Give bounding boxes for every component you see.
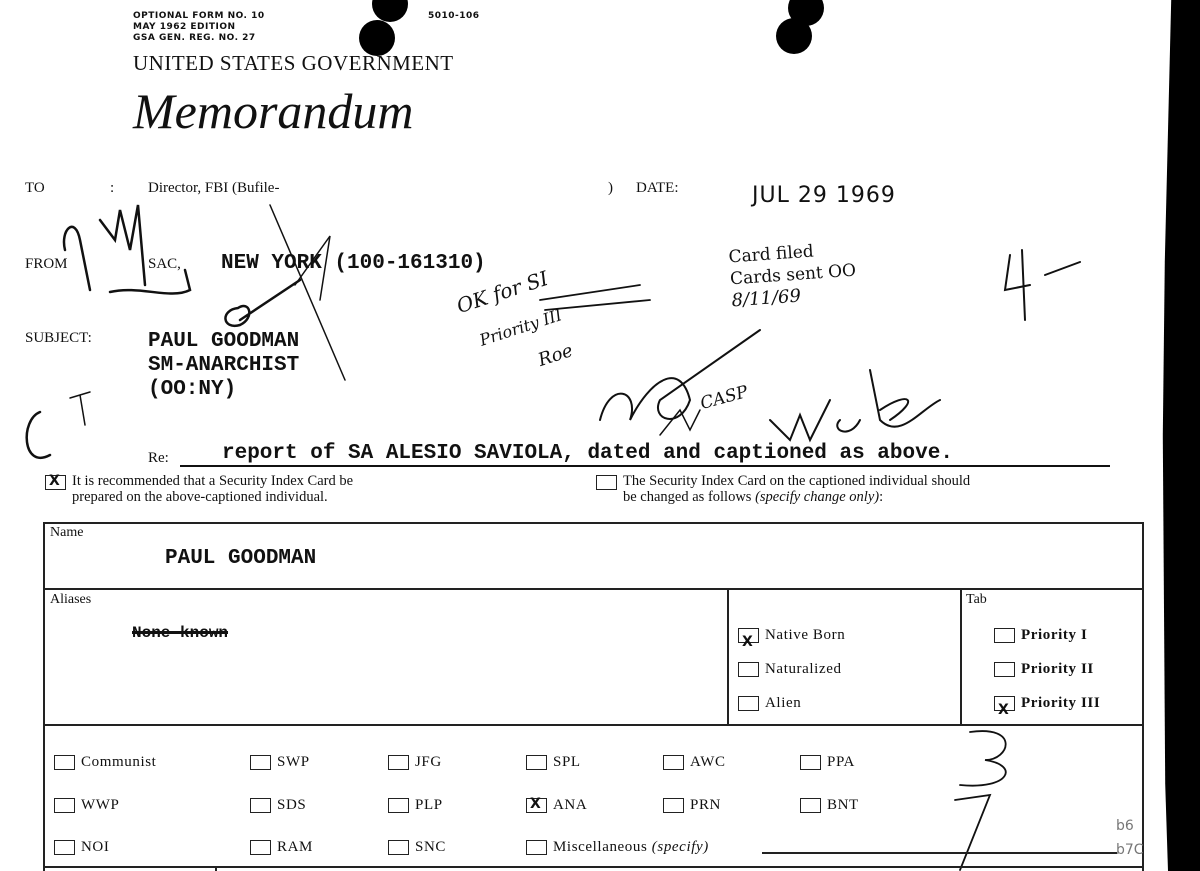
option-label: Priority II [1021,661,1094,677]
change-text-line: The Security Index Card on the captioned… [623,473,970,489]
change-checkbox[interactable] [596,475,617,490]
org-checkbox[interactable] [800,798,821,813]
table-divider-tab [960,588,962,725]
org-label: PLP [415,797,443,813]
org-jfg[interactable]: JFG [388,752,442,771]
priority-2-checkbox[interactable] [994,662,1015,677]
org-ram[interactable]: RAM [250,837,313,856]
org-checkbox[interactable] [526,840,547,855]
naturalized-checkbox[interactable] [738,662,759,677]
change-text-colon: : [879,489,883,505]
org-swp[interactable]: SWP [250,752,310,771]
org-checkbox[interactable] [250,840,271,855]
org-checkbox[interactable] [54,798,75,813]
org-awc[interactable]: AWC [663,752,726,771]
change-text-italic: (specify change only) [755,489,879,505]
misc-specify: (specify) [652,839,709,855]
option-label: Naturalized [765,661,842,677]
org-snc[interactable]: SNC [388,837,446,856]
org-label: PRN [690,797,721,813]
table-divider-name [43,588,1144,590]
org-checkbox[interactable] [54,840,75,855]
org-checkbox[interactable] [663,755,684,770]
name-value: PAUL GOODMAN [165,547,316,570]
handwritten-scribbles [0,0,1200,871]
org-plp[interactable]: PLP [388,795,443,814]
org-label: SNC [415,839,446,855]
org-checkbox[interactable] [54,755,75,770]
org-label: SPL [553,754,581,770]
priority-1[interactable]: Priority I [994,618,1100,652]
priority-options: Priority I Priority II Priority III [994,618,1100,720]
redaction-code-b6: b6 [1116,818,1134,834]
org-label: PPA [827,754,855,770]
org-label: WWP [81,797,119,813]
citizenship-options: Native Born Naturalized Alien [738,618,845,720]
recommend-change[interactable]: The Security Index Card on the captioned… [596,473,970,505]
org-checkbox[interactable] [250,798,271,813]
org-communist[interactable]: Communist [54,752,156,771]
re-value: report of SA ALESIO SAVIOLA, dated and c… [180,442,1110,467]
org-checkbox[interactable] [250,755,271,770]
table-divider-citizenship [727,588,729,725]
org-label: SWP [277,754,310,770]
org-miscellaneous[interactable]: Miscellaneous (specify) [526,837,709,856]
org-checkbox[interactable] [800,755,821,770]
citizenship-naturalized[interactable]: Naturalized [738,652,845,686]
native-born-checkbox[interactable] [738,628,759,643]
org-label: BNT [827,797,859,813]
priority-2[interactable]: Priority II [994,652,1100,686]
org-checkbox[interactable] [663,798,684,813]
org-checkbox[interactable] [388,840,409,855]
recommend-prepare[interactable]: It is recommended that a Security Index … [45,473,353,505]
org-checkbox[interactable] [526,798,547,813]
org-ana[interactable]: ANA [526,795,587,814]
org-label: NOI [81,839,109,855]
org-label: Communist [81,754,156,770]
citizenship-alien[interactable]: Alien [738,686,845,720]
org-label: JFG [415,754,442,770]
table-divider-aliases [43,724,1144,726]
aliases-label: Aliases [50,592,91,608]
alien-checkbox[interactable] [738,696,759,711]
org-prn[interactable]: PRN [663,795,721,814]
name-label: Name [50,525,83,541]
option-label: Alien [765,695,801,711]
org-checkbox[interactable] [526,755,547,770]
prepare-text: It is recommended that a Security Index … [72,473,353,505]
table-divider-lower [215,866,217,871]
org-spl[interactable]: SPL [526,752,581,771]
table-border-left [43,522,45,871]
priority-1-checkbox[interactable] [994,628,1015,643]
option-label: Priority III [1021,695,1100,711]
option-label: Priority I [1021,627,1087,643]
change-text: The Security Index Card on the captioned… [623,473,970,505]
change-text-line: be changed as follows [623,489,755,505]
org-checkbox[interactable] [388,755,409,770]
aliases-value: None known [132,624,228,642]
tab-label: Tab [966,592,987,608]
org-bnt[interactable]: BNT [800,795,859,814]
org-label: AWC [690,754,726,770]
org-wwp[interactable]: WWP [54,795,119,814]
priority-3-checkbox[interactable] [994,696,1015,711]
misc-specify-line[interactable] [762,852,1117,854]
org-label: RAM [277,839,313,855]
option-label: Native Born [765,627,845,643]
prepare-text-line: prepared on the above-captioned individu… [72,489,328,505]
org-noi[interactable]: NOI [54,837,109,856]
table-divider-bottom [43,866,1144,868]
org-checkbox[interactable] [388,798,409,813]
redaction-code-b7c: b7C [1116,842,1144,858]
re-label: Re: [148,450,169,467]
org-sds[interactable]: SDS [250,795,306,814]
org-ppa[interactable]: PPA [800,752,855,771]
org-label: Miscellaneous [553,839,652,855]
prepare-checkbox[interactable] [45,475,66,490]
priority-3[interactable]: Priority III [994,686,1100,720]
org-label: ANA [553,797,587,813]
table-border-top [43,522,1144,524]
prepare-text-line: It is recommended that a Security Index … [72,473,353,489]
org-label: SDS [277,797,306,813]
citizenship-native-born[interactable]: Native Born [738,618,845,652]
table-border-right [1142,522,1144,871]
